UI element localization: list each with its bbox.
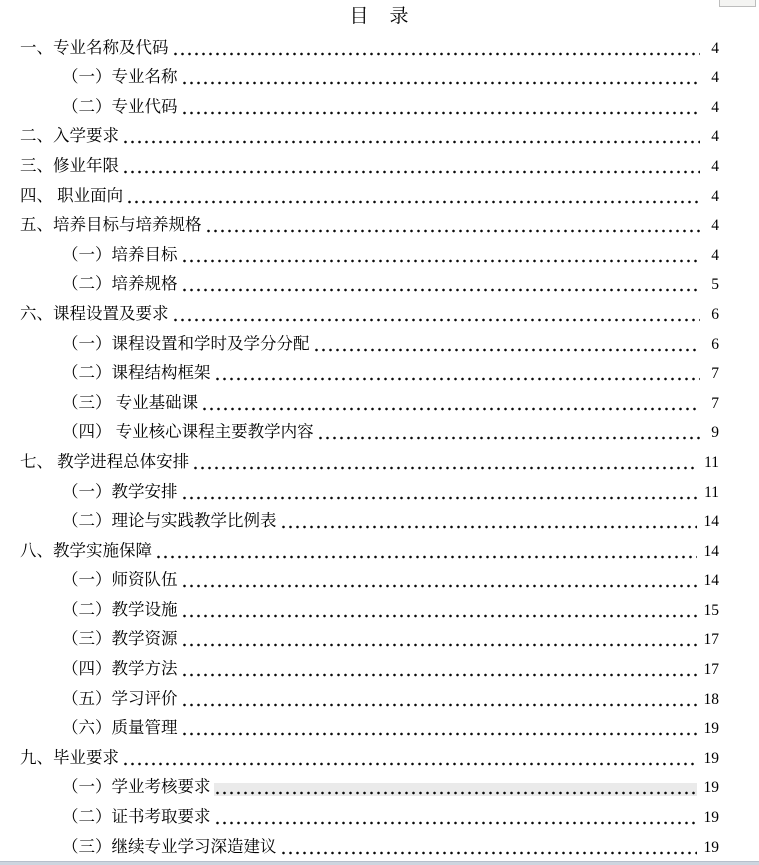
toc-entry-page: 19	[704, 750, 720, 767]
dot-leader	[280, 517, 697, 530]
cutoff-widget-fragment	[719, 0, 756, 7]
toc-entry-page: 4	[707, 99, 719, 116]
toc-entry[interactable]: （一）师资队伍14	[0, 565, 759, 595]
toc-entry-page: 4	[707, 158, 719, 175]
window-edge-strip	[0, 861, 759, 865]
toc-entry-page: 14	[704, 572, 720, 589]
dot-leader	[192, 458, 697, 471]
toc-entry-label: 五、培养目标与培养规格	[20, 216, 202, 234]
toc-entry-page: 19	[704, 720, 720, 737]
dot-leader	[181, 635, 697, 648]
toc-entry-page: 19	[704, 839, 720, 856]
dot-leader	[181, 576, 697, 589]
dot-leader	[155, 547, 697, 560]
toc-entry-label: （一）专业名称	[62, 68, 178, 86]
toc-entry[interactable]: （二）教学设施15	[0, 594, 759, 624]
toc-entry-page: 4	[707, 69, 719, 86]
toc-entry-label: （四） 专业核心课程主要教学内容	[62, 423, 314, 441]
dot-leader	[181, 665, 697, 678]
toc-entry[interactable]: 二、入学要求4	[0, 121, 759, 151]
toc-entry[interactable]: 三、修业年限4	[0, 150, 759, 180]
dot-leader	[181, 606, 697, 619]
toc-entry-label: （三）教学资源	[62, 630, 178, 648]
toc-entry-page: 18	[704, 691, 720, 708]
toc-entry[interactable]: （三） 专业基础课7	[0, 387, 759, 417]
toc-entry-page: 15	[704, 602, 720, 619]
toc-entry-label: （一）课程设置和学时及学分分配	[62, 335, 310, 353]
toc-entry-label: （二）课程结构框架	[62, 364, 211, 382]
toc-entry[interactable]: （二）培养规格5	[0, 269, 759, 299]
dot-leader	[122, 754, 697, 767]
toc-entry-label: （二）理论与实践教学比例表	[62, 512, 277, 530]
toc-entry[interactable]: （二）证书考取要求19	[0, 801, 759, 831]
dot-leader	[172, 310, 701, 323]
toc-entry[interactable]: （四） 专业核心课程主要教学内容9	[0, 417, 759, 447]
toc-entry-label: （二）专业代码	[62, 98, 178, 116]
toc-entry[interactable]: （一）学业考核要求19	[0, 772, 759, 802]
toc-entry-page: 17	[704, 661, 720, 678]
toc-entry-label: 九、毕业要求	[20, 749, 119, 767]
toc-entry-page: 4	[707, 247, 719, 264]
dot-leader	[122, 162, 700, 175]
toc-entry[interactable]: 一、专业名称及代码4	[0, 32, 759, 62]
toc-entry-label: 四、 职业面向	[20, 187, 123, 205]
dot-leader	[317, 428, 700, 441]
toc-entry-page: 6	[707, 336, 719, 353]
toc-entry-page: 4	[707, 40, 719, 57]
toc-entry-page: 4	[707, 188, 719, 205]
toc-entry-label: 七、 教学进程总体安排	[20, 453, 189, 471]
toc-entry[interactable]: （一）专业名称4	[0, 62, 759, 92]
toc-list: 一、专业名称及代码4（一）专业名称4（二）专业代码4二、入学要求4三、修业年限4…	[0, 32, 759, 861]
toc-entry-page: 7	[707, 365, 719, 382]
toc-entry[interactable]: 六、课程设置及要求6	[0, 298, 759, 328]
dot-leader	[280, 843, 697, 856]
toc-entry-label: 三、修业年限	[20, 157, 119, 175]
toc-entry[interactable]: 五、培养目标与培养规格4	[0, 210, 759, 240]
toc-entry-label: （五）学习评价	[62, 690, 178, 708]
toc-entry-page: 4	[707, 217, 719, 234]
dot-leader	[172, 44, 701, 57]
document-page: 目 录 一、专业名称及代码4（一）专业名称4（二）专业代码4二、入学要求4三、修…	[0, 0, 759, 865]
toc-entry[interactable]: （六）质量管理19	[0, 713, 759, 743]
toc-entry-page: 7	[707, 395, 719, 412]
dot-leader	[214, 813, 697, 826]
page-title: 目 录	[0, 0, 759, 32]
dot-leader	[205, 221, 701, 234]
toc-entry[interactable]: （一）教学安排11	[0, 476, 759, 506]
toc-entry[interactable]: （一）课程设置和学时及学分分配6	[0, 328, 759, 358]
toc-entry-page: 14	[704, 543, 720, 560]
toc-entry[interactable]: 八、教学实施保障14	[0, 535, 759, 565]
dot-leader	[181, 695, 697, 708]
dot-leader	[181, 251, 701, 264]
dot-leader	[181, 73, 701, 86]
toc-entry[interactable]: （三）教学资源17	[0, 624, 759, 654]
toc-entry[interactable]: （二）专业代码4	[0, 91, 759, 121]
toc-entry-label: 八、教学实施保障	[20, 542, 152, 560]
toc-entry-page: 4	[707, 128, 719, 145]
dot-leader	[313, 340, 701, 353]
dot-leader	[181, 280, 701, 293]
toc-entry[interactable]: （五）学习评价18	[0, 683, 759, 713]
toc-entry-page: 6	[707, 306, 719, 323]
dot-leader	[201, 399, 700, 412]
dot-leader	[181, 488, 698, 501]
toc-entry-label: 二、入学要求	[20, 127, 119, 145]
toc-entry-label: （一）培养目标	[62, 246, 178, 264]
dot-leader	[181, 724, 697, 737]
toc-entry-page: 9	[707, 424, 719, 441]
toc-entry[interactable]: 七、 教学进程总体安排11	[0, 446, 759, 476]
toc-entry-page: 19	[704, 779, 720, 796]
toc-entry-label: （一）教学安排	[62, 483, 178, 501]
toc-entry-page: 14	[704, 513, 720, 530]
toc-entry[interactable]: （二）理论与实践教学比例表14	[0, 506, 759, 536]
dot-leader	[122, 132, 700, 145]
toc-entry[interactable]: （四）教学方法17	[0, 653, 759, 683]
toc-entry-label: （六）质量管理	[62, 719, 178, 737]
dot-leader	[181, 103, 701, 116]
toc-entry-label: （二）证书考取要求	[62, 808, 211, 826]
toc-entry[interactable]: 四、 职业面向4	[0, 180, 759, 210]
toc-entry-page: 11	[704, 454, 719, 471]
toc-entry[interactable]: 九、毕业要求19	[0, 742, 759, 772]
dot-leader	[126, 192, 700, 205]
toc-entry[interactable]: （一）培养目标4	[0, 239, 759, 269]
toc-entry[interactable]: （三）继续专业学习深造建议19	[0, 831, 759, 861]
dot-leader	[214, 369, 701, 382]
toc-entry-page: 5	[707, 276, 719, 293]
toc-entry-page: 17	[704, 631, 720, 648]
toc-entry-label: （四）教学方法	[62, 660, 178, 678]
toc-entry-label: （一）师资队伍	[62, 571, 178, 589]
toc-entry-label: （二）培养规格	[62, 275, 178, 293]
toc-entry-label: （三） 专业基础课	[62, 394, 198, 412]
toc-entry[interactable]: （二）课程结构框架7	[0, 358, 759, 388]
toc-entry-label: 一、专业名称及代码	[20, 39, 169, 57]
toc-entry-label: （三）继续专业学习深造建议	[62, 838, 277, 856]
dot-leader	[214, 783, 697, 796]
toc-entry-label: （二）教学设施	[62, 601, 178, 619]
toc-entry-page: 11	[704, 484, 719, 501]
toc-entry-label: 六、课程设置及要求	[20, 305, 169, 323]
toc-entry-label: （一）学业考核要求	[62, 778, 211, 796]
toc-entry-page: 19	[704, 809, 720, 826]
